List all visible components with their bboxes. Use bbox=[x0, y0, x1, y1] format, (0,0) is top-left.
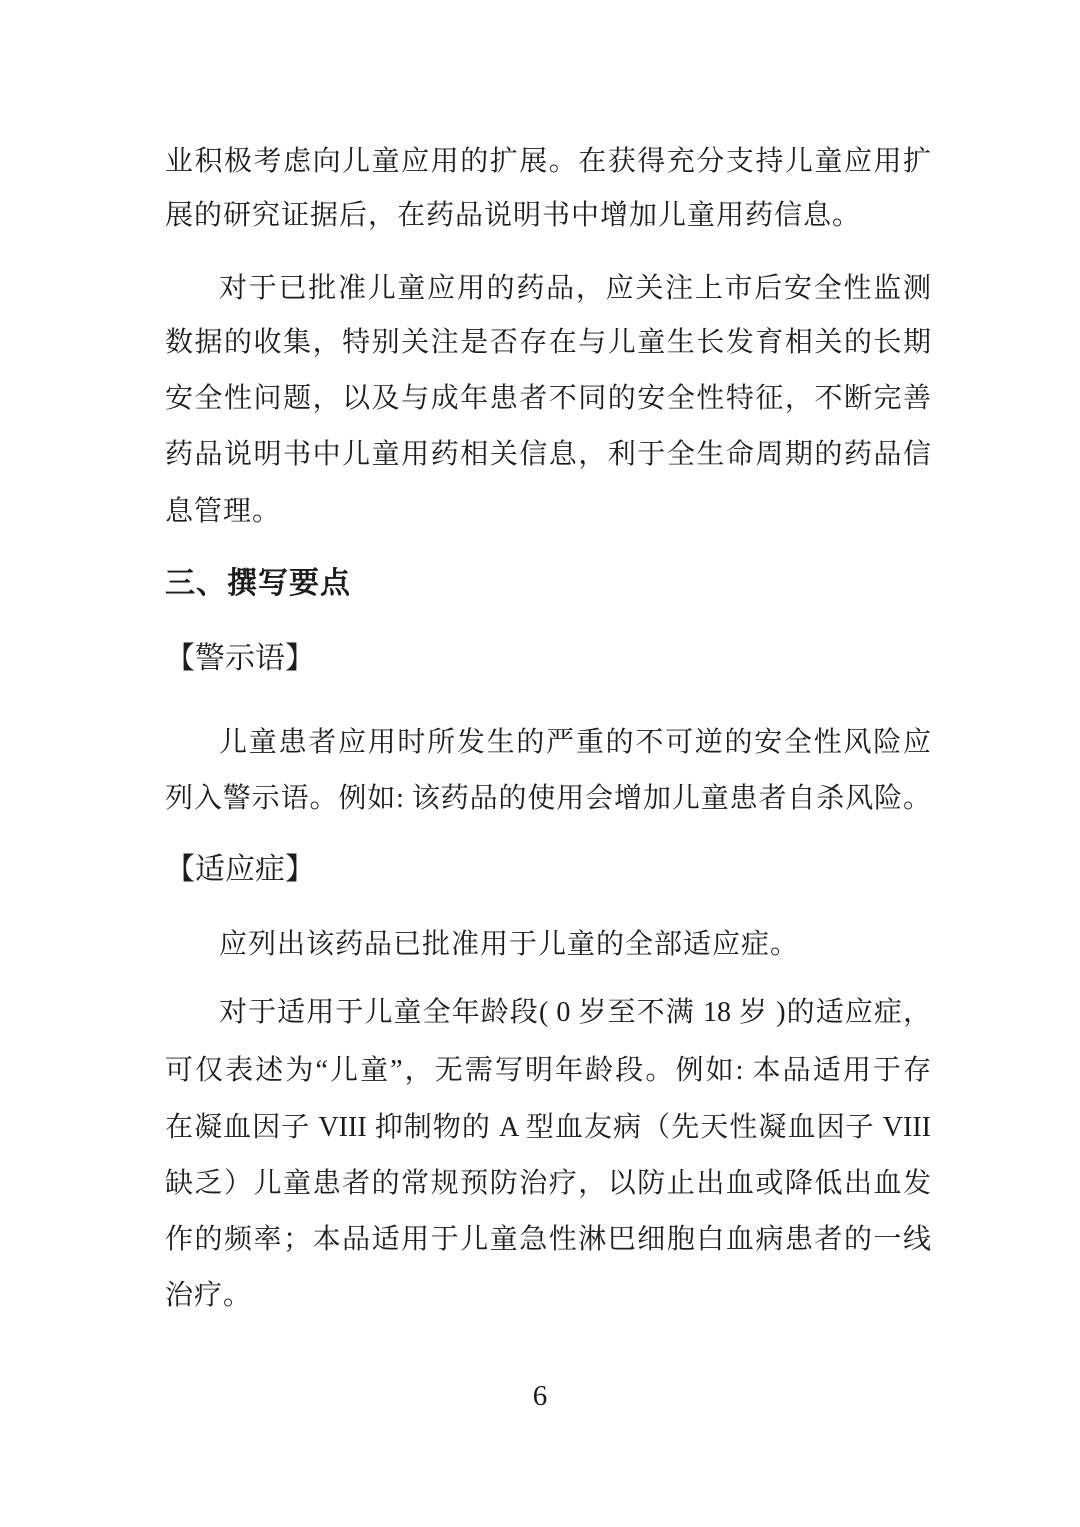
text-line: 药品说明书中儿童用药相关信息，利于全生命周期的药品信 bbox=[165, 437, 931, 473]
text-line: 数据的收集，特别关注是否存在与儿童生长发育相关的长期 bbox=[165, 325, 931, 361]
text-line: 作的频率；本品适用于儿童急性淋巴细胞白血病患者的一线 bbox=[165, 1222, 931, 1258]
text-line: 展的研究证据后，在药品说明书中增加儿童用药信息。 bbox=[165, 198, 931, 234]
text-line: 缺乏）儿童患者的常规预防治疗，以防止出血或降低出血发 bbox=[165, 1166, 931, 1202]
page-number: 6 bbox=[0, 1378, 1080, 1414]
section-heading: 三、撰写要点 bbox=[165, 566, 931, 602]
document-page: 业积极考虑向儿童应用的扩展。在获得充分支持儿童应用扩展的研究证据后，在药品说明书… bbox=[0, 0, 1080, 1527]
text-column: 业积极考虑向儿童应用的扩展。在获得充分支持儿童应用扩展的研究证据后，在药品说明书… bbox=[165, 0, 931, 1527]
text-line: 应列出该药品已批准用于儿童的全部适应症。 bbox=[165, 927, 931, 963]
text-line: 治疗。 bbox=[165, 1278, 931, 1314]
text-line: 在凝血因子 VIII 抑制物的 A 型血友病（先天性凝血因子 VIII bbox=[165, 1110, 931, 1146]
text-line: 业积极考虑向儿童应用的扩展。在获得充分支持儿童应用扩 bbox=[165, 144, 931, 180]
text-line: 对于适用于儿童全年龄段( 0 岁至不满 18 岁 )的适应症， bbox=[165, 995, 931, 1031]
text-line: 息管理。 bbox=[165, 494, 931, 530]
text-line: 安全性问题，以及与成年患者不同的安全性特征，不断完善 bbox=[165, 381, 931, 417]
section-heading: 【适应症】 bbox=[165, 852, 931, 888]
text-line: 儿童患者应用时所发生的严重的不可逆的安全性风险应 bbox=[165, 725, 931, 761]
text-line: 可仅表述为“儿童”，无需写明年龄段。例如: 本品适用于存 bbox=[165, 1053, 931, 1089]
section-heading: 【警示语】 bbox=[165, 641, 931, 677]
text-line: 对于已批准儿童应用的药品，应关注上市后安全性监测 bbox=[165, 271, 931, 307]
text-line: 列入警示语。例如: 该药品的使用会增加儿童患者自杀风险。 bbox=[165, 781, 931, 817]
